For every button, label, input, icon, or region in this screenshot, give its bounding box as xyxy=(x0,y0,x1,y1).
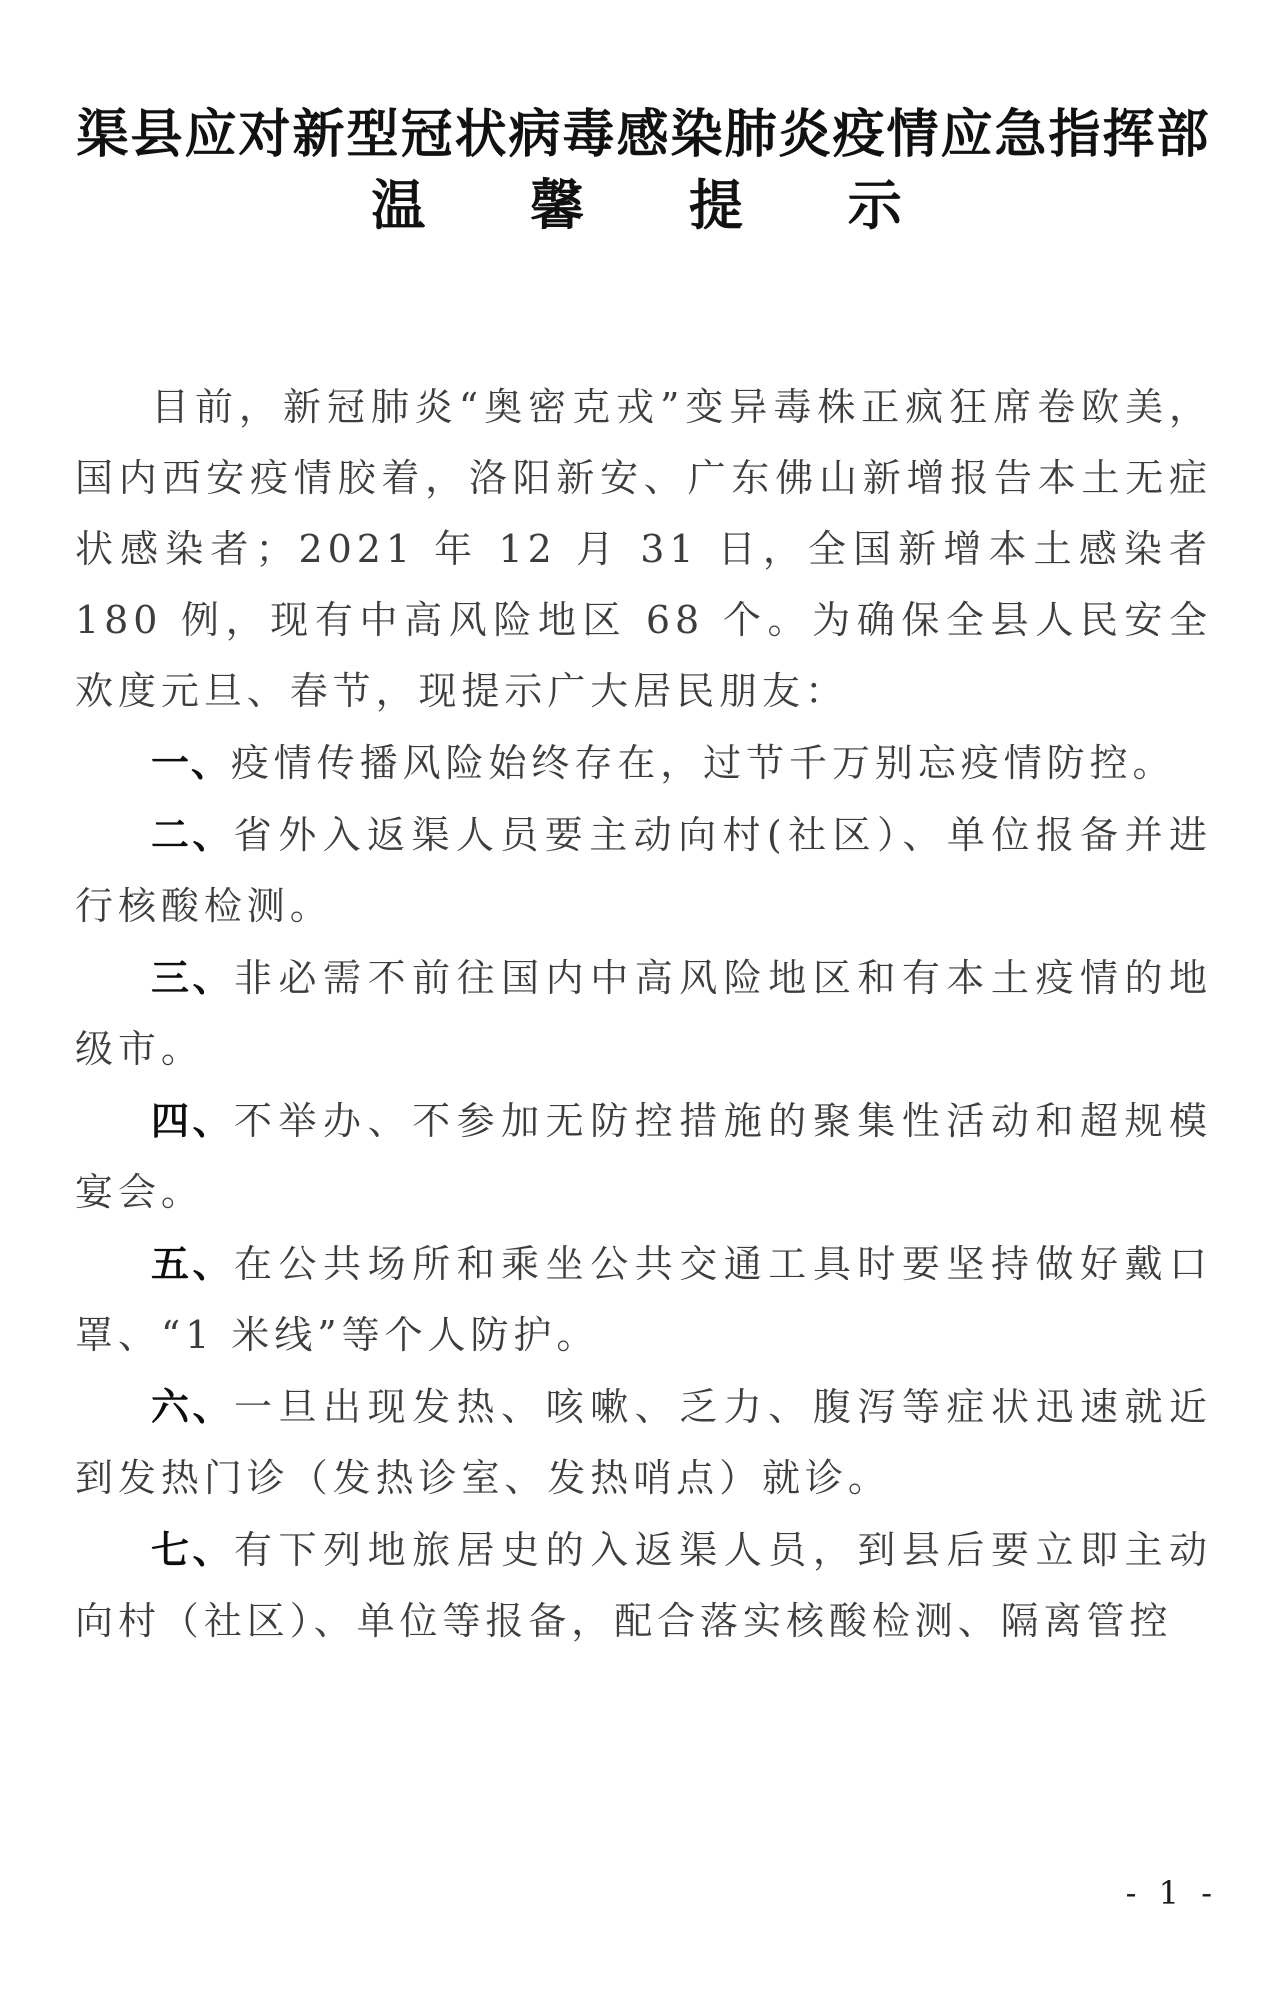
item-1-marker: 一、 xyxy=(151,740,231,785)
item-6-marker: 六、 xyxy=(151,1384,234,1429)
item-2-text: 省外入返渠人员要主动向村(社区）、单位报备并进行核酸检测。 xyxy=(75,813,1212,928)
list-item-4: 四、不举办、不参加无防控措施的聚集性活动和超规模宴会。 xyxy=(75,1085,1212,1228)
page-number: - 1 - xyxy=(1126,1874,1218,1912)
list-item-2: 二、省外入返渠人员要主动向村(社区）、单位报备并进行核酸检测。 xyxy=(75,799,1212,942)
document-title-line2: 温 馨 提 示 xyxy=(75,172,1212,238)
item-2-marker: 二、 xyxy=(151,812,234,857)
item-3-marker: 三、 xyxy=(151,955,234,1000)
item-4-text: 不举办、不参加无防控措施的聚集性活动和超规模宴会。 xyxy=(75,1099,1212,1214)
item-5-marker: 五、 xyxy=(151,1241,234,1286)
document-title-line1: 渠县应对新型冠状病毒感染肺炎疫情应急指挥部 xyxy=(75,100,1212,170)
item-4-marker: 四、 xyxy=(151,1098,234,1143)
document-page: 渠县应对新型冠状病毒感染肺炎疫情应急指挥部 温 馨 提 示 目前，新冠肺炎“奥密… xyxy=(0,0,1284,1994)
document-body: 目前，新冠肺炎“奥密克戎”变异毒株正疯狂席卷欧美，国内西安疫情胶着，洛阳新安、广… xyxy=(75,372,1212,1657)
intro-paragraph: 目前，新冠肺炎“奥密克戎”变异毒株正疯狂席卷欧美，国内西安疫情胶着，洛阳新安、广… xyxy=(75,372,1212,727)
list-item-1: 一、疫情传播风险始终存在，过节千万别忘疫情防控。 xyxy=(75,727,1212,799)
list-item-7: 七、有下列地旅居史的入返渠人员，到县后要立即主动向村（社区）、单位等报备，配合落… xyxy=(75,1514,1212,1657)
list-item-6: 六、一旦出现发热、咳嗽、乏力、腹泻等症状迅速就近到发热门诊（发热诊室、发热哨点）… xyxy=(75,1371,1212,1514)
item-6-text: 一旦出现发热、咳嗽、乏力、腹泻等症状迅速就近到发热门诊（发热诊室、发热哨点）就诊… xyxy=(75,1385,1212,1500)
item-7-text: 有下列地旅居史的入返渠人员，到县后要立即主动向村（社区）、单位等报备，配合落实核… xyxy=(75,1528,1212,1643)
item-7-marker: 七、 xyxy=(151,1527,234,1572)
list-item-3: 三、非必需不前往国内中高风险地区和有本土疫情的地级市。 xyxy=(75,942,1212,1085)
item-5-text: 在公共场所和乘坐公共交通工具时要坚持做好戴口罩、“1 米线”等个人防护。 xyxy=(75,1242,1212,1357)
item-3-text: 非必需不前往国内中高风险地区和有本土疫情的地级市。 xyxy=(75,956,1212,1071)
list-item-5: 五、在公共场所和乘坐公共交通工具时要坚持做好戴口罩、“1 米线”等个人防护。 xyxy=(75,1228,1212,1371)
item-1-text: 疫情传播风险始终存在，过节千万别忘疫情防控。 xyxy=(231,741,1176,785)
